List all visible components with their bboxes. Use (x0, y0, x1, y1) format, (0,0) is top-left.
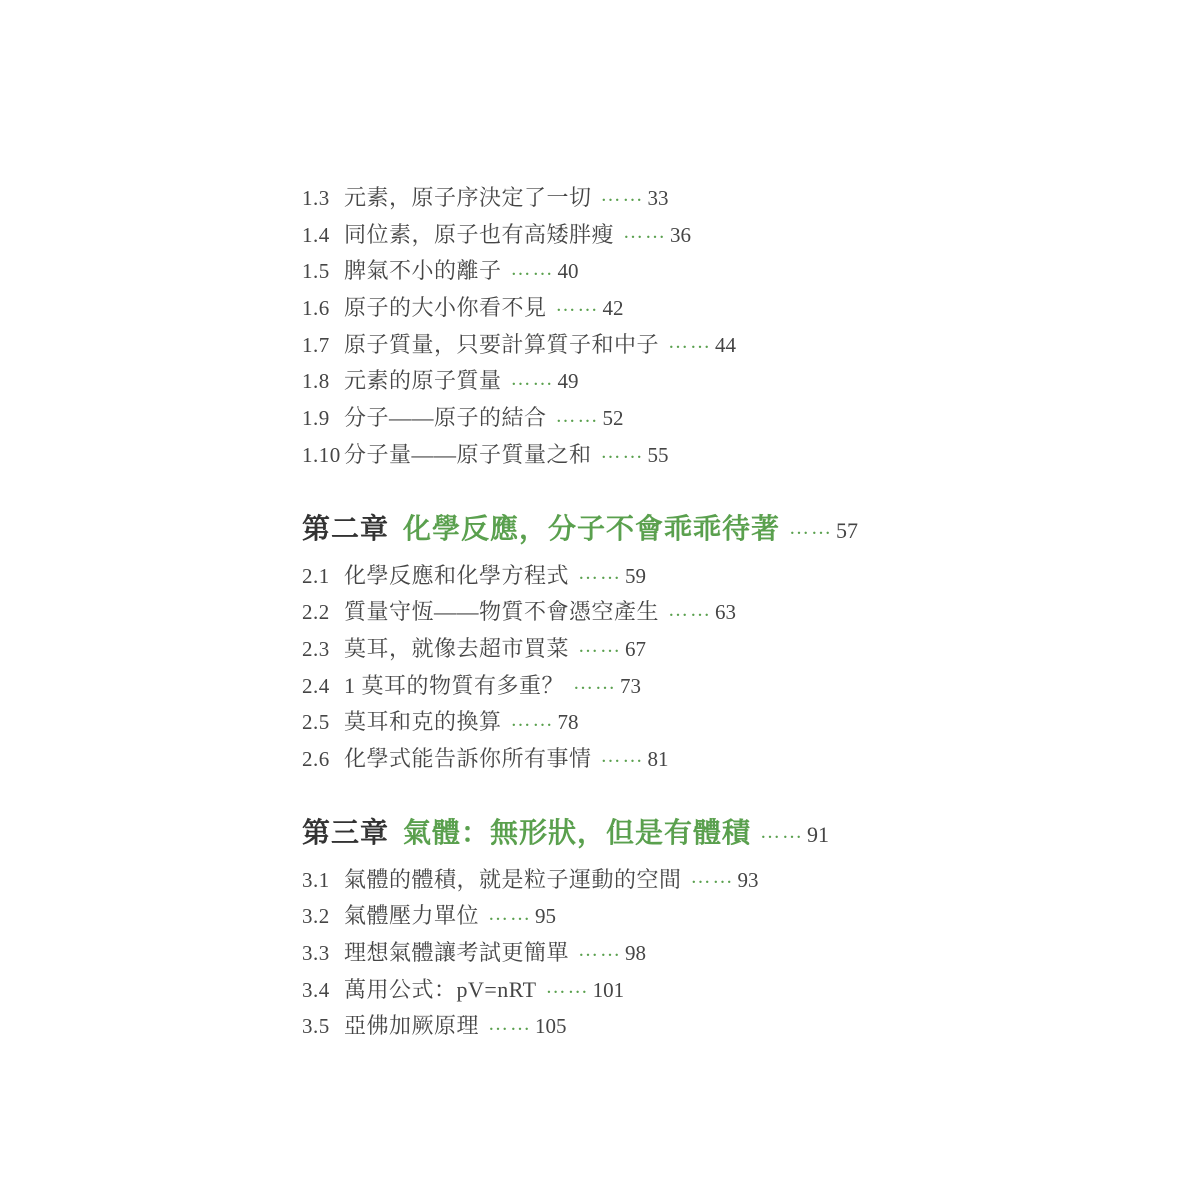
toc-item-title: 元素的原子質量 (344, 363, 502, 400)
toc-item-page-number: 40 (558, 253, 579, 290)
toc-item-title: 氣體壓力單位 (344, 898, 479, 935)
toc-item-number: 3.4 (302, 972, 344, 1009)
toc-item-title: 理想氣體讓考試更簡單 (344, 935, 569, 972)
dot-leader: …… (511, 361, 555, 398)
toc-item-page-number: 101 (593, 972, 625, 1009)
toc-item-number: 2.3 (302, 631, 344, 668)
toc-item-page-number: 93 (738, 862, 759, 899)
toc-item-number: 2.1 (302, 558, 344, 595)
toc-item: 1.7 原子質量，只要計算質子和中子 …… 44 (302, 327, 952, 364)
toc-item: 3.1 氣體的體積，就是粒子運動的空間 …… 93 (302, 862, 952, 899)
toc-item-title: 莫耳，就像去超市買菜 (344, 631, 569, 668)
dot-leader: …… (546, 969, 590, 1006)
toc-item-title: 同位素，原子也有高矮胖瘦 (344, 217, 614, 254)
dot-leader: …… (691, 859, 735, 896)
dot-leader: …… (556, 398, 600, 435)
toc-item-number: 3.3 (302, 935, 344, 972)
toc-item-number: 1.7 (302, 327, 344, 364)
toc-item: 1.6 原子的大小你看不見 …… 42 (302, 290, 952, 327)
toc-item-page-number: 98 (625, 935, 646, 972)
chapter-dot-leader: …… (789, 508, 833, 548)
dot-leader: …… (511, 251, 555, 288)
toc-item-page-number: 63 (715, 594, 736, 631)
chapter-label: 第二章 (302, 510, 389, 550)
dot-leader: …… (601, 738, 645, 775)
toc-item: 2.5 莫耳和克的換算 …… 78 (302, 704, 952, 741)
toc-item-number: 2.2 (302, 594, 344, 631)
dot-leader: …… (488, 896, 532, 933)
toc-item-title: 化學式能告訴你所有事情 (344, 741, 592, 778)
toc-item-number: 1.8 (302, 363, 344, 400)
chapter-label: 第三章 (302, 814, 389, 854)
dot-leader: …… (511, 702, 555, 739)
dot-leader: …… (623, 214, 667, 251)
toc-item-page-number: 36 (670, 217, 691, 254)
toc-item: 2.4 1 莫耳的物質有多重？ …… 73 (302, 668, 952, 705)
toc-item: 3.5 亞佛加厥原理 …… 105 (302, 1008, 952, 1045)
dot-leader: …… (573, 665, 617, 702)
toc-item: 1.3 元素，原子序決定了一切 …… 33 (302, 180, 952, 217)
chapter-title: 化學反應，分子不會乖乖待著 (403, 510, 780, 550)
toc-item-number: 1.5 (302, 253, 344, 290)
dot-leader: …… (601, 177, 645, 214)
chapter-heading: 第三章 氣體：無形狀，但是有體積 …… 91 (302, 814, 952, 854)
toc-item-title: 分子——原子的結合 (344, 400, 547, 437)
book-toc-page: 1.3 元素，原子序決定了一切 …… 33 1.4 同位素，原子也有高矮胖瘦 …… (0, 0, 1200, 1200)
toc-item-number: 3.2 (302, 898, 344, 935)
toc-item: 1.8 元素的原子質量 …… 49 (302, 363, 952, 400)
toc-item-number: 1.3 (302, 180, 344, 217)
toc-item-title: 脾氣不小的離子 (344, 253, 502, 290)
toc-section-1: 1.3 元素，原子序決定了一切 …… 33 1.4 同位素，原子也有高矮胖瘦 …… (302, 180, 952, 474)
toc-item: 2.6 化學式能告訴你所有事情 …… 81 (302, 741, 952, 778)
toc-item-number: 3.1 (302, 862, 344, 899)
toc-item: 1.9 分子——原子的結合 …… 52 (302, 400, 952, 437)
toc-item: 2.3 莫耳，就像去超市買菜 …… 67 (302, 631, 952, 668)
toc-item-number: 2.4 (302, 668, 344, 705)
toc-item-number: 2.6 (302, 741, 344, 778)
toc-item-number: 1.6 (302, 290, 344, 327)
toc-item-page-number: 42 (603, 290, 624, 327)
toc-item: 1.4 同位素，原子也有高矮胖瘦 …… 36 (302, 217, 952, 254)
toc-section-2: 第二章 化學反應，分子不會乖乖待著 …… 57 2.1 化學反應和化學方程式 …… (302, 510, 952, 778)
toc-item-page-number: 78 (558, 704, 579, 741)
toc-item-number: 1.4 (302, 217, 344, 254)
dot-leader: …… (601, 434, 645, 471)
toc-item-title: 1 莫耳的物質有多重？ (344, 668, 564, 705)
toc-item: 3.4 萬用公式：pV=nRT …… 101 (302, 972, 952, 1009)
toc-item-page-number: 73 (620, 668, 641, 705)
dot-leader: …… (488, 1006, 532, 1043)
dot-leader: …… (668, 324, 712, 361)
toc-item-page-number: 105 (535, 1008, 567, 1045)
toc-item-number: 1.10 (302, 437, 344, 474)
chapter-title: 氣體：無形狀，但是有體積 (403, 814, 751, 854)
toc-item-page-number: 95 (535, 898, 556, 935)
toc-item: 1.10 分子量——原子質量之和 …… 55 (302, 437, 952, 474)
chapter-page-number: 91 (807, 815, 829, 855)
chapter-dot-leader: …… (760, 812, 804, 852)
dot-leader: …… (578, 932, 622, 969)
toc-item-title: 氣體的體積，就是粒子運動的空間 (344, 862, 682, 899)
toc-item-title: 質量守恆——物質不會憑空產生 (344, 594, 659, 631)
toc-item-title: 莫耳和克的換算 (344, 704, 502, 741)
dot-leader: …… (578, 555, 622, 592)
toc-item-page-number: 33 (648, 180, 669, 217)
toc-item-title: 化學反應和化學方程式 (344, 558, 569, 595)
toc-item-title: 分子量——原子質量之和 (344, 437, 592, 474)
dot-leader: …… (556, 287, 600, 324)
toc-item: 3.2 氣體壓力單位 …… 95 (302, 898, 952, 935)
toc-item-number: 2.5 (302, 704, 344, 741)
toc-item: 2.1 化學反應和化學方程式 …… 59 (302, 558, 952, 595)
toc-item-number: 1.9 (302, 400, 344, 437)
toc-item-title: 原子的大小你看不見 (344, 290, 547, 327)
toc-item: 3.3 理想氣體讓考試更簡單 …… 98 (302, 935, 952, 972)
toc-item-number: 3.5 (302, 1008, 344, 1045)
chapter-page-number: 57 (836, 511, 858, 551)
toc-item-title: 原子質量，只要計算質子和中子 (344, 327, 659, 364)
toc-item-page-number: 59 (625, 558, 646, 595)
dot-leader: …… (578, 628, 622, 665)
toc-item-page-number: 49 (558, 363, 579, 400)
toc-item-title: 亞佛加厥原理 (344, 1008, 479, 1045)
toc-item-page-number: 44 (715, 327, 736, 364)
toc-content: 1.3 元素，原子序決定了一切 …… 33 1.4 同位素，原子也有高矮胖瘦 …… (302, 180, 952, 1045)
toc-section-3: 第三章 氣體：無形狀，但是有體積 …… 91 3.1 氣體的體積，就是粒子運動的… (302, 814, 952, 1045)
chapter-heading: 第二章 化學反應，分子不會乖乖待著 …… 57 (302, 510, 952, 550)
toc-item: 2.2 質量守恆——物質不會憑空產生 …… 63 (302, 594, 952, 631)
dot-leader: …… (668, 592, 712, 629)
toc-item-page-number: 55 (648, 437, 669, 474)
toc-item: 1.5 脾氣不小的離子 …… 40 (302, 253, 952, 290)
toc-item-page-number: 67 (625, 631, 646, 668)
toc-item-title: 萬用公式：pV=nRT (344, 972, 537, 1009)
toc-item-title: 元素，原子序決定了一切 (344, 180, 592, 217)
toc-item-page-number: 81 (648, 741, 669, 778)
toc-item-page-number: 52 (603, 400, 624, 437)
